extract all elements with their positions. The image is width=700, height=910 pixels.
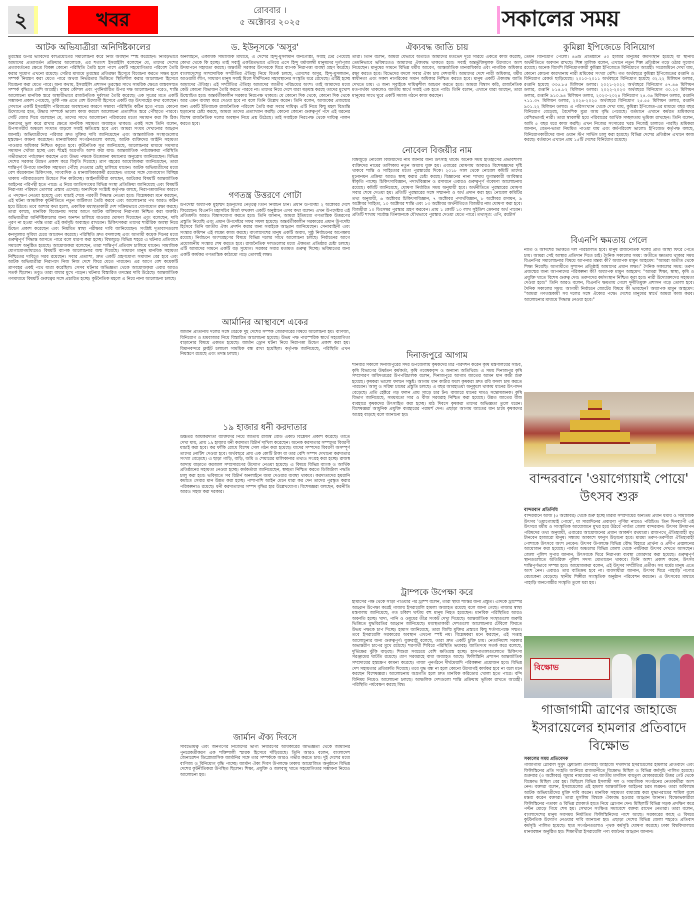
article-bnp-in-power: বিএনপি ক্ষমতায় গেলে নীতি ও আদর্শের ভিত্… [524,235,694,388]
article-body: অনলাইনে, একাধিক সামাজিক মাধ্যমে, এ দেশের… [180,55,350,188]
page-number: ২ [8,6,34,34]
article-democracy-transition: গণতন্ত্র উত্তরণে গোটা উপদেষ্টা অধ্যাপক ম… [180,190,350,315]
day-label: রোববার । [200,5,340,17]
article-body: জার্মান প্রতিনিধি দলের সঙ্গে বৈঠকে দুই দ… [180,330,350,420]
article-comilla-epz: কুমিল্লা ইপিজেডে বিনিয়োগ তেমন বিনিয়োগ … [524,42,694,233]
masthead: ২ খবর রোববার । ৫ অক্টোবর ২০২৫ সকালের সময… [0,0,700,40]
article-rich-taxpayers: ১৯ হাজার ধনী করদাতার উচ্চতর আয়করদাতা ব্… [180,422,350,730]
article-dinajpur-early-harvest: দিনাজপুরে আগাম শনিবার সকালে দিনাজপুরের স… [352,350,522,585]
pagoda-float-photo [524,392,694,467]
dateline: রোববার । ৫ অক্টোবর ২০২৫ [200,5,340,29]
article-headline: গণতন্ত্র উত্তরণে গোটা [180,190,350,202]
article-headline: আর্মানির আস্থাবশে একের [180,317,350,329]
article-headline: ১৯ হাজার ধনী করদাতার [180,422,350,434]
article-body: তারা। তিনি বলেন, আমরা যেভাবে অতীতে আমাদে… [352,55,522,143]
article-body: বান্দরবানে আজ (৫ অক্টোবর) থেকে শুরু হচ্ছ… [524,514,694,632]
article-body: গাজাগামী গ্লোবাল সুমুদ ফ্লোটিলা ত্রাণবাহ… [524,763,694,875]
article-body: হামাসের পক্ষ থেকে সাড়া পাওয়ার পর ট্রাম… [352,600,522,902]
article-headline: দিনাজপুরে আগাম [352,350,522,362]
article-headline: নোবেল বিজয়ীর নাম [352,145,522,157]
article-body: সার্বভৌমত্ব এবং জনগণের নিজেদের ভাগ্য নির… [180,745,350,801]
article-body: তুরস্কের উপর ভাবিদের বলপ্রয়োগের সমালোচন… [8,55,178,910]
article-headline: বিএনপি ক্ষমতায় গেলে [524,235,694,247]
column-3: ঐক্যবদ্ধ জাতি চায় তারা। তিনি বলেন, আমরা… [352,40,522,902]
article-body: উচ্চতর আয়করদাতা ব্যক্তিদের নিয়ে জাতীয়… [180,435,350,730]
date-label: ৫ অক্টোবর ২০২৫ [200,17,340,29]
article-headline: ঐক্যবদ্ধ জাতি চায় [352,42,522,54]
newspaper-brand: সকালের সময় [502,4,694,36]
article-headline: গাজাগামী ত্রাণের জাহাজে ইসরায়েলের হামলা… [524,702,694,756]
article-german-unity-day: জার্মান ঐক্য দিবসে সার্বভৌমত্ব এবং জনগণে… [180,732,350,801]
article-headline: ড. ইউনূসকে 'অসুর' [180,42,350,54]
article-body: তেমন বিনিয়োগ পেলো। ৪৬টি প্রতিষ্ঠানে ৫০ … [524,55,694,233]
article-ignoring-trump: ট্রাম্পকে উপেক্ষা করে হামাসের পক্ষ থেকে … [352,587,522,902]
protest-banner-text: বিক্ষোভ [534,662,559,675]
article-united-nation: ঐক্যবদ্ধ জাতি চায় তারা। তিনি বলেন, আমরা… [352,42,522,143]
column-2: ড. ইউনূসকে 'অসুর' অনলাইনে, একাধিক সামাজি… [180,40,350,801]
article-bandarban-festival: বান্দরবানে 'ওয়াগ্যোয়াই পোয়ে' উৎসব শুর… [524,471,694,632]
article-nobel-winners: নোবেল বিজয়ীর নাম বিশ্বজুড়ে নোবেল বিজয়… [352,145,522,348]
article-headline: ট্রাম্পকে উপেক্ষা করে [352,587,522,599]
article-germany-sky: আর্মানির আস্থাবশে একের জার্মান প্রতিনিধি… [180,317,350,420]
masthead-rule [8,36,694,37]
section-label: খবর [68,6,158,34]
column-1: আটক অভিযাত্রীরা অনির্দিষ্টকালের তুরস্কের… [8,40,178,910]
article-body: নীতি ও আদর্শের ভিত্তিতে দল পরিচালিত হবে।… [524,248,694,388]
article-detained-activists: আটক অভিযাত্রীরা অনির্দিষ্টকালের তুরস্কের… [8,42,178,910]
column-4: কুমিল্লা ইপিজেডে বিনিয়োগ তেমন বিনিয়োগ … [524,40,694,875]
article-headline: আটক অভিযাত্রীরা অনির্দিষ্টকালের [8,42,178,54]
article-body: শনিবার সকালে দিনাজপুরের সদর উপজেলায় কৃষ… [352,363,522,585]
article-headline: বান্দরবানে 'ওয়াগ্যোয়াই পোয়ে' উৎসব শুর… [524,471,694,507]
article-yunus-asur: ড. ইউনূসকে 'অসুর' অনলাইনে, একাধিক সামাজি… [180,42,350,188]
article-body: বিশ্বজুড়ে নোবেল বিজয়ীদের নাম জানার জন্… [352,158,522,348]
protest-march-photo: বিক্ষোভ [524,636,694,698]
accent-strip-yellow [34,6,38,34]
article-headline: জার্মান ঐক্য দিবসে [180,732,350,744]
accent-strip-pink [497,6,500,34]
article-gaza-flotilla-protest: গাজাগামী ত্রাণের জাহাজে ইসরায়েলের হামলা… [524,702,694,875]
article-body: উপদেষ্টা অধ্যাপক মুহাম্মদ ইউনূসের নেতৃত্… [180,203,350,315]
article-headline: কুমিল্লা ইপিজেডে বিনিয়োগ [524,42,694,54]
